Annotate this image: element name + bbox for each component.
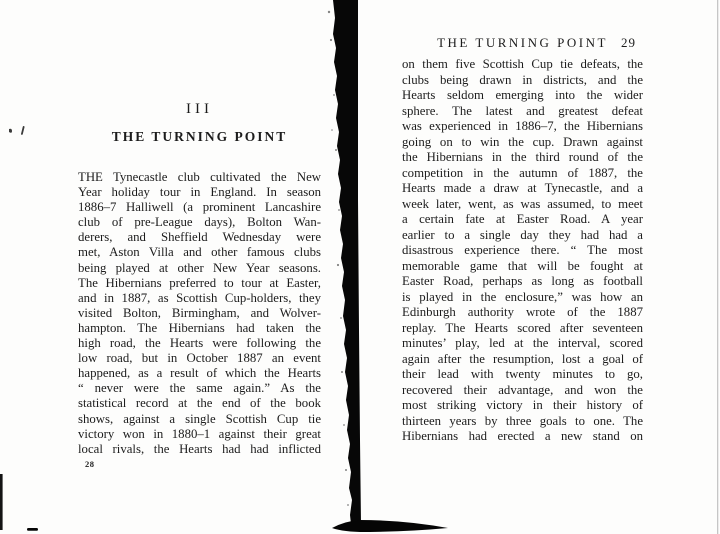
body-line: and in 1887, as Scottish Cup-holders, th… xyxy=(78,291,321,306)
body-line: on them five Scottish Cup tie defeats, t… xyxy=(402,57,643,73)
body-line: replay. The Hearts scored after seventee… xyxy=(402,321,643,337)
body-line: most striking victory in their history o… xyxy=(402,398,643,414)
body-line: local rivals, the Hearts had had inflict… xyxy=(78,442,321,457)
body-line: memorable game that will be fought at xyxy=(402,259,643,275)
body-line: competition in the autumn of 1887, the xyxy=(402,166,643,182)
body-line: club of pre-League days), Bolton Wan- xyxy=(78,215,321,230)
body-line: “ never were the same again.” As the xyxy=(78,381,321,396)
page-right: THE TURNING POINT 29 on them five Scotti… xyxy=(402,0,643,534)
chapter-number: III xyxy=(78,101,321,118)
margin-specks xyxy=(9,126,25,135)
body-line: was experienced in 1886–7, the Hibernian… xyxy=(402,119,643,135)
body-line: The Hibernians preferred to tour at East… xyxy=(78,276,321,291)
body-line: minutes’ play, led at the interval, scor… xyxy=(402,336,643,352)
body-line: victory won in 1880–1 against their grea… xyxy=(78,427,321,442)
body-line: a certain fate at Easter Road. A year xyxy=(402,212,643,228)
body-line: high road, the Hearts were following the xyxy=(78,336,321,351)
body-line: visited Bolton, Birmingham, and Wolver- xyxy=(78,306,321,321)
body-line: recovered their advantage, and won the xyxy=(402,383,643,399)
body-line: Edinburgh authority wrote of the 1887 xyxy=(402,305,643,321)
body-line: Hearts seldom emerging into the wider xyxy=(402,88,643,104)
gutter-shadow xyxy=(333,0,361,524)
body-line: THE Tynecastle club cultivated the New xyxy=(78,170,321,185)
left-edge-mark xyxy=(0,474,3,530)
body-line: happened, as a result of which the Heart… xyxy=(78,366,321,381)
body-line: Hearts made a draw at Tynecastle, and a xyxy=(402,181,643,197)
body-line: 1886–7 Halliwell (a prominent Lancashire xyxy=(78,200,321,215)
body-line: thirteen years by three goals to one. Th… xyxy=(402,414,643,430)
body-line: low road, but in October 1887 an event xyxy=(78,351,321,366)
body-line: being played at other New Year seasons. xyxy=(78,261,321,276)
right-edge-line xyxy=(717,0,718,534)
body-line: their lead with twenty minutes to go, xyxy=(402,367,643,383)
right-page-body: on them five Scottish Cup tie defeats, t… xyxy=(402,57,643,445)
body-line: derers, and Sheffield Wednesday were xyxy=(78,230,321,245)
body-line: sphere. The latest and greatest defeat xyxy=(402,104,643,120)
running-title: THE TURNING POINT xyxy=(402,35,643,51)
page-left: III THE TURNING POINT THE Tynecastle clu… xyxy=(78,0,321,534)
body-line: met, Aston Villa and other famous clubs xyxy=(78,245,321,260)
page-number-left: 28 xyxy=(85,459,95,469)
chapter-title: THE TURNING POINT xyxy=(78,129,321,145)
body-line: disastrous experience there. “ The most xyxy=(402,243,643,259)
body-line: again after the resumption, lost a goal … xyxy=(402,352,643,368)
gutter-noise-specks xyxy=(328,11,349,506)
body-line: Hibernians had erected a new stand on xyxy=(402,429,643,445)
body-line: shows, against a single Scottish Cup tie xyxy=(78,412,321,427)
running-head: THE TURNING POINT 29 xyxy=(402,35,643,53)
body-line: earlier to a single day they had had a xyxy=(402,228,643,244)
page-number-right: 29 xyxy=(621,35,636,51)
body-line: going on to win the cup. Drawn against xyxy=(402,135,643,151)
body-line: the Hibernians in the third round of the xyxy=(402,150,643,166)
body-line: clubs being drawn in districts, and the xyxy=(402,73,643,89)
body-line: statistical record at the end of the boo… xyxy=(78,396,321,411)
left-page-body: THE Tynecastle club cultivated the NewYe… xyxy=(78,170,321,457)
book-scan: III THE TURNING POINT THE Tynecastle clu… xyxy=(0,0,720,534)
body-line: is played in the enclosure,” was how an xyxy=(402,290,643,306)
body-line: Year holiday tour in England. In season xyxy=(78,185,321,200)
body-line: Easter Road, perhaps as long as football xyxy=(402,274,643,290)
body-line: week later, went, as was assumed, to mee… xyxy=(402,197,643,213)
bottom-left-dash xyxy=(27,528,38,531)
body-line: hampton. The Hibernians had taken the xyxy=(78,321,321,336)
